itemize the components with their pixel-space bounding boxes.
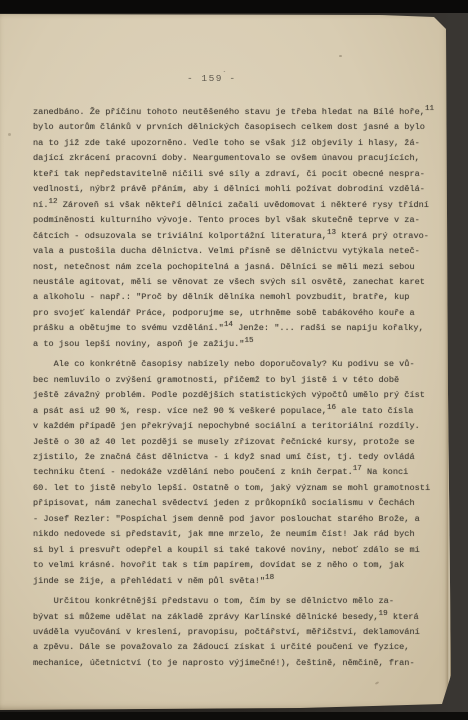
text-line: a to jsou lepší noviny, aspoň je zažiju.… <box>33 337 441 352</box>
page-number-suffix: - <box>229 73 236 84</box>
scan-background: - 159´- zanedbáno. Že příčinu tohoto neu… <box>0 0 468 720</box>
text-line: kteří tak nepředstavitelně ničili své sí… <box>33 167 441 182</box>
text-line: neustále agitovat, měli se věnovat ze vš… <box>33 275 441 290</box>
text-line: připisovat, nám zanechal svědectví jeden… <box>33 496 441 511</box>
text-line: jinde se žije, a přehlédati v něm půl sv… <box>33 574 441 589</box>
text-line: vala a pustošila ducha dělnictva. Velmi … <box>33 244 441 259</box>
footnote-ref: 15 <box>244 337 253 345</box>
paragraph: Ale co konkrétně časopisy nabízely nebo … <box>33 357 441 589</box>
text-line: - Josef Rezler: "Pospíchal jsem denně po… <box>33 512 441 527</box>
page-number-mark: ´ <box>222 71 228 80</box>
page-number: - 159´- <box>187 73 237 84</box>
footnote-ref: 19 <box>379 610 388 618</box>
text-line: bývat si můžeme udělat na základě zprávy… <box>33 610 441 625</box>
text-line: bylo autorům článků v prvních dělnických… <box>33 120 441 135</box>
text-line: techniku čtení - nedokáže vzdělání nebo … <box>33 465 441 480</box>
text-line: ní.12 Zároveň si však někteří dělníci za… <box>33 198 441 213</box>
text-line: 60. let to jistě nebylo lepší. Ostatně o… <box>33 481 441 496</box>
text-line: mechanice, účetnictví (to je naprosto vý… <box>33 656 441 671</box>
pencil-mark <box>375 681 379 685</box>
text-line: nikdo nedovede si představit, jak mne mr… <box>33 527 441 542</box>
footnote-ref: 11 <box>425 105 434 113</box>
paper-speck <box>8 133 11 136</box>
text-line: to velmi krásné. hovořit tak s tím papír… <box>33 558 441 573</box>
text-line: dající zkrácení pracovní doby. Neargumen… <box>33 151 441 166</box>
footnote-ref: 17 <box>353 465 362 473</box>
page-edge-stack <box>445 27 451 695</box>
text-line: v každém případě jen překrývají nepochyb… <box>33 419 441 434</box>
text-line: si byl i presvuřt odepřel a koupil si ta… <box>33 543 441 558</box>
document-page: - 159´- zanedbáno. Že příčinu tohoto neu… <box>0 13 452 711</box>
text-line: vedlnosti, nýbrž právě přáním, aby i děl… <box>33 182 441 197</box>
footnote-ref: 13 <box>327 229 336 237</box>
paper-speck <box>339 55 342 57</box>
text-line: bec nemluvilo o zvýšení gramotnosti, při… <box>33 373 441 388</box>
footnote-ref: 18 <box>265 574 274 582</box>
text-line: Ještě o 30 až 40 let později se musely z… <box>33 435 441 450</box>
page-number-text: - 159 <box>187 73 223 84</box>
text-line: čátcích - odsuzovala se triviální kolpor… <box>33 229 441 244</box>
footnote-ref: 14 <box>224 321 233 329</box>
footnote-ref: 12 <box>48 198 57 206</box>
text-line: zjistilo, že značná část dělnictva - i k… <box>33 450 441 465</box>
text-line: Ale co konkrétně časopisy nabízely nebo … <box>33 357 441 372</box>
text-line: prášku a obětujme to svému vzdělání."14 … <box>33 321 441 336</box>
text-line: nost, netečnost nám zcela pochopitelná a… <box>33 260 441 275</box>
paragraph: Určitou konkrétnější představu o tom, čí… <box>33 594 441 671</box>
paragraph: zanedbáno. Že příčinu tohoto neutěšeného… <box>33 105 441 352</box>
text-line: a zpěvu. Dále se považovalo za žádoucí z… <box>33 640 441 655</box>
text-line: a alkoholu - např.: "Proč by dělník děln… <box>33 290 441 305</box>
page-body: zanedbáno. Že příčinu tohoto neutěšeného… <box>33 105 441 676</box>
text-line: Určitou konkrétnější představu o tom, čí… <box>33 594 441 609</box>
text-line: pro svojeť kalendář Práce, podporujme se… <box>33 306 441 321</box>
text-line: na to již zde také upozorněno. Vedle toh… <box>33 136 441 151</box>
footnote-ref: 16 <box>327 404 336 412</box>
text-line: a psát asi už 90 %, resp. více než 90 % … <box>33 404 441 419</box>
text-line: zanedbáno. Že příčinu tohoto neutěšeného… <box>33 105 441 120</box>
text-line: podmíněnosti kulturního vývoje. Tento pr… <box>33 213 441 228</box>
text-line: uváděla vyučování v kreslení, pravopisu,… <box>33 625 441 640</box>
text-line: ještě závažný problém. Podle pozdějších … <box>33 388 441 403</box>
